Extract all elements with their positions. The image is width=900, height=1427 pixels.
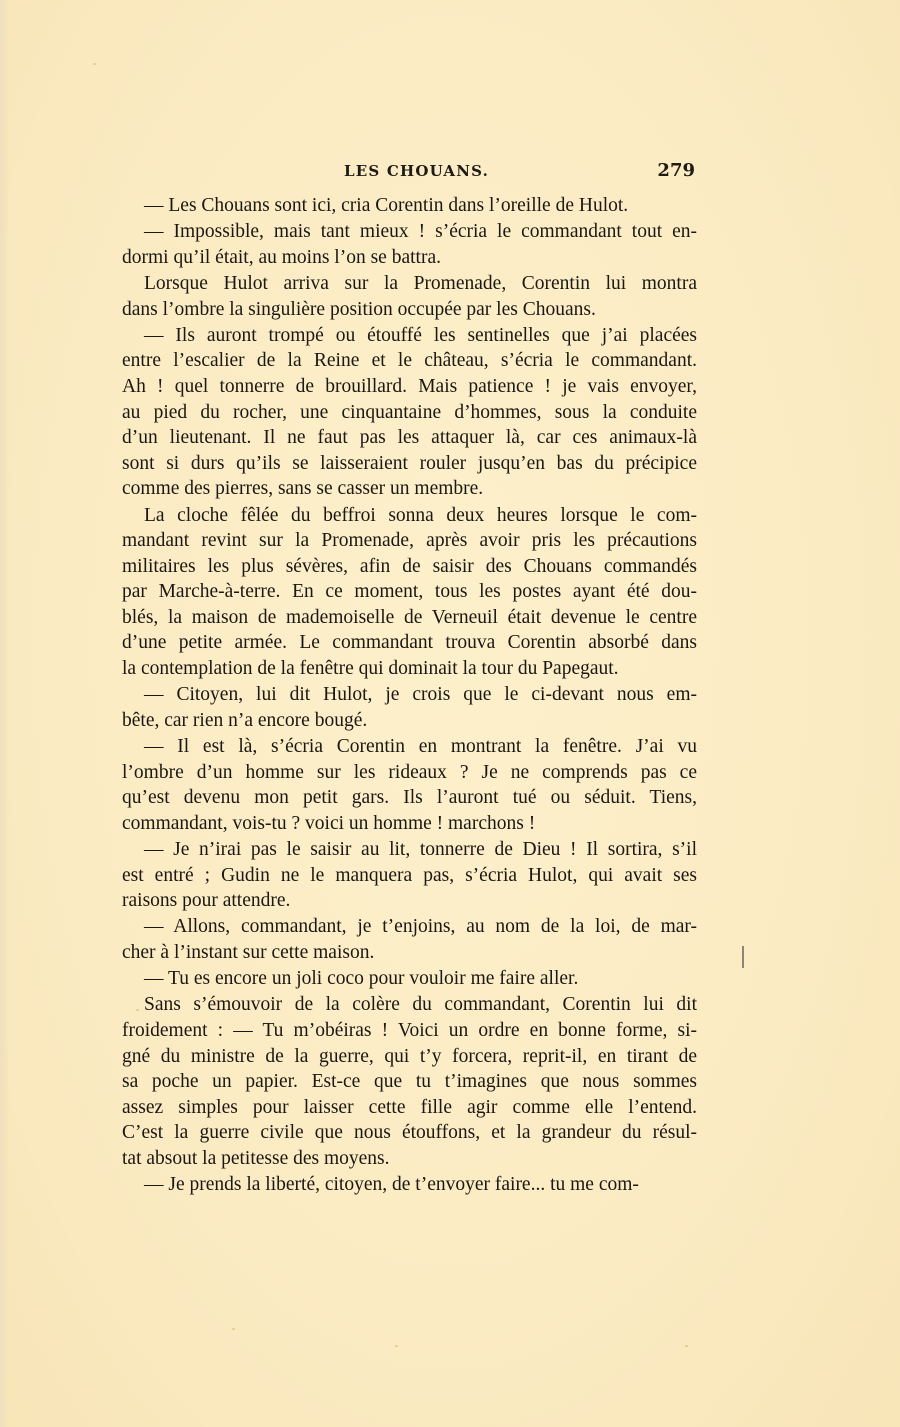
- paper-speck: [136, 1009, 139, 1011]
- running-head: LES CHOUANS. 279: [122, 160, 697, 186]
- paragraph-first-line: — Impossible, mais tant mieux ! s’écria …: [122, 219, 697, 245]
- paragraph-first-line: — Il est là, s’écria Corentin en montran…: [122, 734, 697, 760]
- paragraph-line: sa poche un papier. Est-ce que tu t’imag…: [122, 1069, 697, 1095]
- paragraph-first-line: — Les Chouans sont ici, cria Corentin da…: [122, 193, 697, 219]
- paragraph-line: qu’est devenu mon petit gars. Ils l’auro…: [122, 785, 697, 811]
- paragraph-line: d’un lieutenant. Il ne faut pas les atta…: [122, 425, 697, 451]
- paragraph-line: commandant, vois-tu ? voici un homme ! m…: [122, 811, 697, 837]
- paragraph-first-line: — Tu es encore un joli coco pour vouloir…: [122, 966, 697, 992]
- paragraph-line: blés, la maison de mademoiselle de Verne…: [122, 605, 697, 631]
- paragraph-first-line: — Allons, commandant, je t’enjoins, au n…: [122, 914, 697, 940]
- paragraph-line: tat absout la petitesse des moyens.: [122, 1146, 697, 1172]
- paragraph-line: sont si durs qu’ils se laisseraient roul…: [122, 451, 697, 477]
- paragraph-gap: [122, 1198, 697, 1199]
- paragraph-first-line: — Ils auront trompé ou étouffé les senti…: [122, 323, 697, 349]
- paragraph-line: est entré ; Gudin ne le manquera pas, s’…: [122, 863, 697, 889]
- paragraph-line: l’ombre d’un homme sur les rideaux ? Je …: [122, 760, 697, 786]
- paragraph-first-line: La cloche fêlée du beffroi sonna deux he…: [122, 503, 697, 529]
- paragraph-line: la contemplation de la fenêtre qui domin…: [122, 656, 697, 682]
- paper-speck: [232, 1328, 235, 1330]
- paragraph-line: dormi qu’il était, au moins l’on se batt…: [122, 245, 697, 271]
- paragraph-first-line: — Citoyen, lui dit Hulot, je crois que l…: [122, 682, 697, 708]
- paragraph-line: bête, car rien n’a encore bougé.: [122, 708, 697, 734]
- paragraph-first-line: — Je n’irai pas le saisir au lit, tonner…: [122, 837, 697, 863]
- paragraph-line: mandant revint sur la Promenade, après a…: [122, 528, 697, 554]
- paragraph-line: assez simples pour laisser cette fille a…: [122, 1095, 697, 1121]
- paragraph-line: comme des pierres, sans se casser un mem…: [122, 476, 697, 502]
- paper-speck: [93, 63, 96, 65]
- paragraph-line: raisons pour attendre.: [122, 888, 697, 914]
- running-title: LES CHOUANS.: [344, 162, 489, 180]
- paragraph-first-line: Lorsque Hulot arriva sur la Promenade, C…: [122, 271, 697, 297]
- body-text: — Les Chouans sont ici, cria Corentin da…: [122, 193, 697, 1198]
- paragraph-line: froidement : — Tu m’obéiras ! Voici un o…: [122, 1018, 697, 1044]
- paragraph-first-line: — Je prends la liberté, citoyen, de t’en…: [122, 1172, 697, 1198]
- page-number: 279: [657, 160, 695, 181]
- paragraph-line: cher à l’instant sur cette maison.: [122, 940, 697, 966]
- paragraph-line: dans l’ombre la singulière position occu…: [122, 297, 697, 323]
- paragraph-line: militaires les plus sévères, afin de sai…: [122, 554, 697, 580]
- paragraph-line: par Marche-à-terre. En ce moment, tous l…: [122, 579, 697, 605]
- paragraph-line: Ah ! quel tonnerre de brouillard. Mais p…: [122, 374, 697, 400]
- book-page: LES CHOUANS. 279 — Les Chouans sont ici,…: [0, 0, 900, 1427]
- paragraph-line: gné du ministre de la guerre, qui t’y fo…: [122, 1044, 697, 1070]
- paper-speck: [685, 1345, 688, 1347]
- paragraph-line: C’est la guerre civile que nous étouffon…: [122, 1120, 697, 1146]
- paragraph-line: entre l’escalier de la Reine et le châte…: [122, 348, 697, 374]
- page-gutter-edge: [0, 0, 9, 1427]
- margin-mark: [742, 946, 744, 968]
- paragraph-first-line: Sans s’émouvoir de la colère du commanda…: [122, 992, 697, 1018]
- paragraph-line: au pied du rocher, une cinquantaine d’ho…: [122, 400, 697, 426]
- paragraph-line: d’une petite armée. Le commandant trouva…: [122, 630, 697, 656]
- paper-speck: [395, 1345, 398, 1347]
